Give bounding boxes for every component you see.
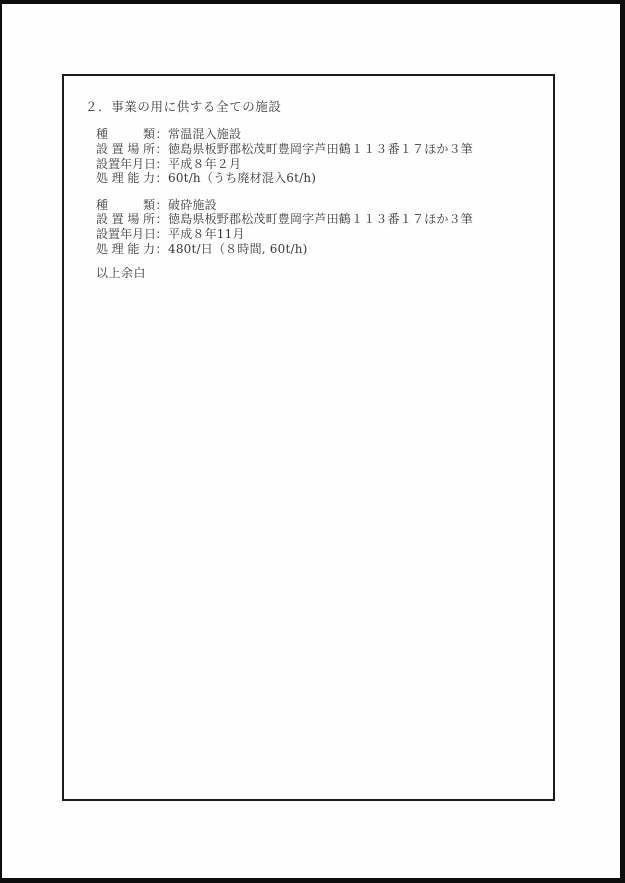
detail-row-type: 種類：常温混入施設 (96, 127, 553, 142)
row-colon: ： (155, 198, 168, 213)
detail-row-type: 種類：破砕施設 (96, 198, 553, 213)
facility-block-2: 種類：破砕施設 設置場所：徳島県板野郡松茂町豊岡字芦田鶴１１３番１７ほか３筆 設… (96, 198, 553, 257)
row-value: 平成８年２月 (168, 157, 241, 171)
row-value: 徳島県板野郡松茂町豊岡字芦田鶴１１３番１７ほか３筆 (168, 142, 473, 156)
row-label: 設置場所 (96, 212, 155, 227)
row-label: 処理能力 (96, 171, 155, 186)
row-value: 480t/日（８時間, 60t/h) (168, 242, 308, 256)
row-colon: ： (155, 227, 168, 242)
row-label: 種類 (96, 198, 155, 213)
row-colon: ： (155, 212, 168, 227)
row-value: 破砕施設 (168, 198, 217, 212)
closing-note: 以上余白 (96, 266, 553, 281)
detail-row-install-date: 設置年月日：平成８年２月 (96, 157, 553, 172)
row-label: 設置年月日 (96, 227, 155, 242)
row-label: 設置場所 (96, 142, 155, 157)
detail-row-capacity: 処理能力：60t/h（うち廃材混入6t/h) (96, 171, 553, 186)
detail-row-capacity: 処理能力：480t/日（８時間, 60t/h) (96, 242, 553, 257)
row-value: 常温混入施設 (168, 127, 241, 141)
row-label: 設置年月日 (96, 157, 155, 172)
detail-row-location: 設置場所：徳島県板野郡松茂町豊岡字芦田鶴１１３番１７ほか３筆 (96, 212, 553, 227)
detail-row-install-date: 設置年月日：平成８年11月 (96, 227, 553, 242)
scanned-document-page: { "document": { "heading": "２．事業の用に供する全て… (0, 0, 625, 883)
detail-row-location: 設置場所：徳島県板野郡松茂町豊岡字芦田鶴１１３番１７ほか３筆 (96, 142, 553, 157)
section-heading: ２．事業の用に供する全ての施設 (85, 99, 553, 114)
row-colon: ： (155, 142, 168, 157)
row-colon: ： (155, 157, 168, 172)
row-value: 平成８年11月 (168, 227, 245, 241)
row-value: 徳島県板野郡松茂町豊岡字芦田鶴１１３番１７ほか３筆 (168, 212, 473, 226)
row-value: 60t/h（うち廃材混入6t/h) (168, 171, 316, 185)
row-label: 種類 (96, 127, 155, 142)
row-colon: ： (155, 242, 168, 257)
row-colon: ： (155, 171, 168, 186)
facility-block-1: 種類：常温混入施設 設置場所：徳島県板野郡松茂町豊岡字芦田鶴１１３番１７ほか３筆… (96, 127, 553, 186)
row-colon: ： (155, 127, 168, 142)
document-border-frame: ２．事業の用に供する全ての施設 種類：常温混入施設 設置場所：徳島県板野郡松茂町… (62, 74, 555, 801)
row-label: 処理能力 (96, 242, 155, 257)
